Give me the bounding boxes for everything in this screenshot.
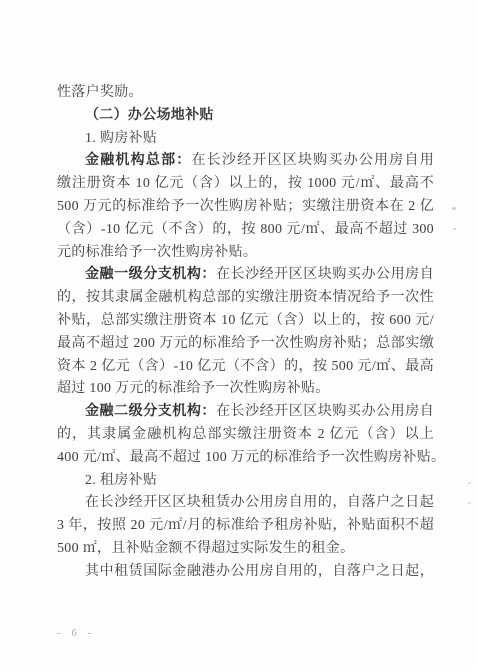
text-line: 缴注册资本 10 亿元（含）以上的，按 1000 元/㎡、最高不超过 xyxy=(57,173,434,196)
text-line: （二）办公场地补贴 xyxy=(57,105,434,128)
text-line: 400 元/㎡、最高不超过 100 万元的标准给予一次性购房补贴。 xyxy=(57,447,434,470)
document-body: 性落户奖励。（二）办公场地补贴1. 购房补贴金融机构总部：在长沙经开区区块购买办… xyxy=(57,82,434,584)
document-page: 性落户奖励。（二）办公场地补贴1. 购房补贴金融机构总部：在长沙经开区区块购买办… xyxy=(0,0,477,670)
scan-artifact-speck xyxy=(452,207,456,210)
text-line: 1. 购房补贴 xyxy=(57,128,434,151)
text-line: 其中租赁国际金融港办公用房自用的，自落户之日起，前 2 xyxy=(57,561,434,584)
text-line: 金融机构总部：在长沙经开区区块购买办公用房自用的，实 xyxy=(57,150,434,173)
text-line: 2. 租房补贴 xyxy=(57,470,434,493)
paragraph-lead: 金融机构总部： xyxy=(85,153,192,168)
text-line: 的，按其隶属金融机构总部的实缴注册资本情况给予一次性购房 xyxy=(57,287,434,310)
text-line: （含）-10 亿元（不含）的，按 800 元/㎡、最高不超过 300 万 xyxy=(57,219,434,242)
text-line: 补贴，总部实缴注册资本 10 亿元（含）以上的，按 600 元/㎡、 xyxy=(57,310,434,333)
text-line: 超过 100 万元的标准给予一次性购房补贴。 xyxy=(57,378,434,401)
text-line: 在长沙经开区区块租赁办公用房自用的，自落户之日起连续 xyxy=(57,492,434,515)
scan-artifact-speck xyxy=(453,228,456,230)
scan-artifact-speck xyxy=(468,482,471,484)
text-line: 资本 2 亿元（含）-10 亿元（不含）的，按 500 元/㎡、最高不 xyxy=(57,356,434,379)
text-line: 元的标准给予一次性购房补贴。 xyxy=(57,242,434,265)
text-line: 金融一级分支机构：在长沙经开区区块购买办公用房自用 xyxy=(57,264,434,287)
paragraph-lead: 金融二级分支机构： xyxy=(85,404,216,419)
text-line: 3 年，按照 20 元/㎡/月的标准给予租房补贴，补贴面积不超过 xyxy=(57,515,434,538)
text-line: 金融二级分支机构：在长沙经开区区块购买办公用房自用 xyxy=(57,401,434,424)
text-line: 性落户奖励。 xyxy=(57,82,434,105)
text-line: 的，其隶属金融机构总部实缴注册资本 2 亿元（含）以上的，按 xyxy=(57,424,434,447)
paragraph-lead: 金融一级分支机构： xyxy=(85,267,216,282)
text-line: 500 万元的标准给予一次性购房补贴；实缴注册资本在 2 亿元 xyxy=(57,196,434,219)
page-number: - 6 - xyxy=(57,626,95,640)
text-line: 最高不超过 200 万元的标准给予一次性购房补贴；总部实缴注册 xyxy=(57,333,434,356)
scan-artifact-speck xyxy=(468,502,471,504)
text-line: 500 ㎡，且补贴金额不得超过实际发生的租金。 xyxy=(57,538,434,561)
